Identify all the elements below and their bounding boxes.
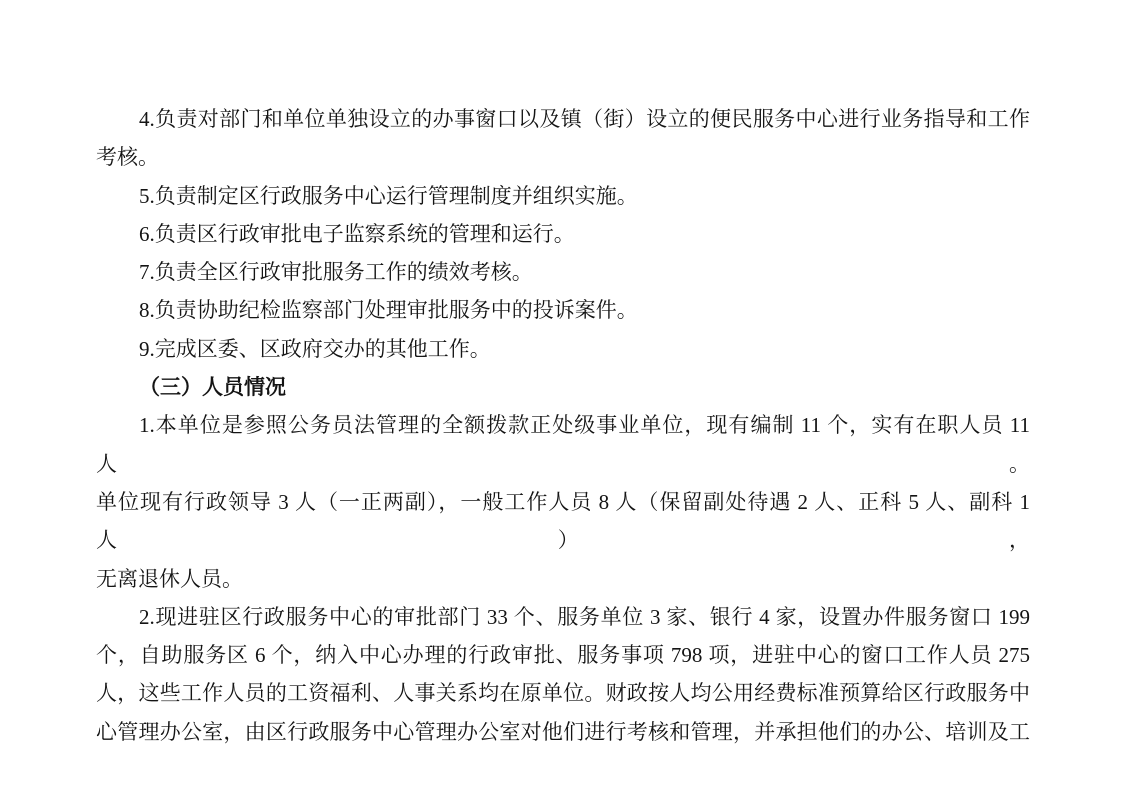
personnel-item-2-line-2: 个，自助服务区 6 个，纳入中心办理的行政审批、服务事项 798 项，进驻中心的… — [96, 636, 1030, 674]
personnel-item-1-line-2: 单位现有行政领导 3 人（一正两副），一般工作人员 8 人（保留副处待遇 2 人… — [96, 483, 1030, 560]
duty-item-5: 5.负责制定区行政服务中心运行管理制度并组织实施。 — [96, 177, 1030, 215]
document-page: 4.负责对部门和单位单独设立的办事窗口以及镇（街）设立的便民服务中心进行业务指导… — [0, 0, 1122, 793]
personnel-item-2-line-1: 2.现进驻区行政服务中心的审批部门 33 个、服务单位 3 家、银行 4 家，设… — [96, 598, 1030, 636]
section-heading-personnel: （三）人员情况 — [96, 368, 1030, 406]
page-body: 4.负责对部门和单位单独设立的办事窗口以及镇（街）设立的便民服务中心进行业务指导… — [96, 100, 1030, 751]
duty-item-4-line-1: 4.负责对部门和单位单独设立的办事窗口以及镇（街）设立的便民服务中心进行业务指导… — [96, 100, 1030, 138]
duty-item-6: 6.负责区行政审批电子监察系统的管理和运行。 — [96, 215, 1030, 253]
duty-item-7: 7.负责全区行政审批服务工作的绩效考核。 — [96, 253, 1030, 291]
duty-item-8: 8.负责协助纪检监察部门处理审批服务中的投诉案件。 — [96, 291, 1030, 329]
duty-item-4-line-2: 考核。 — [96, 138, 1030, 176]
duty-item-9: 9.完成区委、区政府交办的其他工作。 — [96, 330, 1030, 368]
personnel-item-2-line-3: 人，这些工作人员的工资福利、人事关系均在原单位。财政按人均公用经费标准预算给区行… — [96, 674, 1030, 712]
personnel-item-1-line-1: 1.本单位是参照公务员法管理的全额拨款正处级事业单位，现有编制 11 个，实有在… — [96, 406, 1030, 483]
personnel-item-1-line-3: 无离退休人员。 — [96, 560, 1030, 598]
personnel-item-2-line-4: 心管理办公室，由区行政服务中心管理办公室对他们进行考核和管理，并承担他们的办公、… — [96, 713, 1030, 751]
